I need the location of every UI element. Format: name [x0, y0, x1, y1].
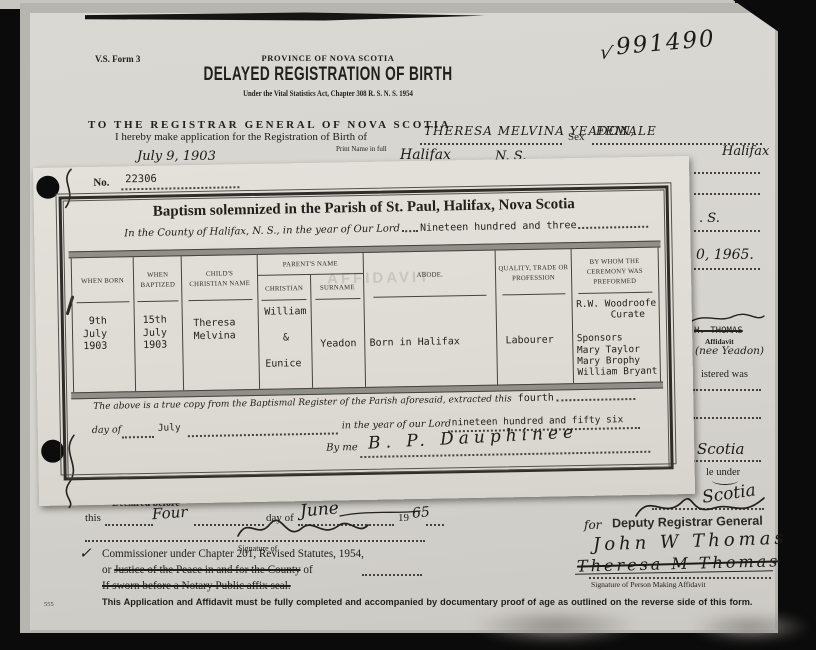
county-year-typed: Nineteen hundred and three: [420, 220, 577, 234]
dotted-line: [420, 143, 562, 145]
dotted-line: [188, 432, 338, 437]
this-label: this: [85, 512, 101, 524]
col-header: ABODE.: [364, 251, 496, 301]
notary-line-struck: If sworn before a Notary Public affix se…: [102, 580, 291, 592]
table-col-by-whom: BY WHOM THE CEREMONY WAS PREFORMED R.W. …: [571, 248, 660, 384]
dotted-line: [360, 451, 650, 458]
nee-yeadon-handwritten: (nee Yeadon): [695, 345, 764, 357]
cell-abode: Born in Halifax: [365, 299, 498, 387]
affidavit-signature-label: Signature of Person Making Affidavit: [591, 580, 706, 589]
print-name-note: Print Name in full: [336, 145, 387, 153]
month-typed: July: [158, 422, 181, 433]
year-19-label: 19: [398, 512, 409, 524]
addressee-line: TO THE REGISTRAR GENERAL OF NOVA SCOTIA: [88, 119, 451, 131]
certificate-heading: Baptism solemnized in the Parish of St. …: [64, 194, 664, 222]
cell-surname: Yeadon: [311, 302, 365, 388]
birthdate-handwritten-fragment: July 9, 1903: [137, 149, 216, 164]
footer-instruction: This Application and Affidavit must be f…: [102, 597, 772, 607]
col-header: QUALITY, TRADE OR PROFESSION: [496, 249, 571, 298]
dotted-line: [694, 230, 760, 232]
checkmark-icon: ✓: [79, 544, 92, 562]
dotted-line: [85, 540, 425, 542]
scanned-document: V.S. Form 3 PROVINCE OF NOVA SCOTIA DELA…: [0, 0, 816, 650]
county-line: In the County of Halifax, N. S., in the …: [124, 219, 650, 240]
scotia-handwritten-fragment: Scotia: [697, 440, 744, 458]
date-1965-handwritten-fragment: 0, 1965.: [696, 247, 754, 263]
commissioner-line: Commissioner under Chapter 201, Revised …: [102, 548, 364, 560]
col-header: SURNAME: [311, 274, 364, 303]
justice-suffix: of: [301, 564, 313, 576]
col-header: BY WHOM THE CEREMONY WAS PREFORMED: [571, 248, 658, 298]
table-subcol-christian: CHRISTIAN William & Eunice: [258, 275, 312, 389]
col-header: WHEN BORN: [72, 257, 134, 306]
dotted-line: [693, 417, 761, 419]
dotted-line: [694, 172, 760, 174]
scan-shadow-blob: [690, 612, 810, 642]
dotted-line: [589, 577, 771, 579]
extract-day-typed: fourth: [518, 392, 554, 404]
cell-when-baptized: 15th July 1903: [134, 304, 183, 391]
table-col-abode: ABODE. Born in Halifax: [364, 251, 499, 387]
dotted-line: [694, 268, 760, 270]
signature-scrawl: [688, 310, 766, 326]
justice-prefix: or: [102, 564, 114, 576]
col-header: CHRISTIAN: [258, 275, 311, 304]
scan-shadow-blob: [470, 608, 640, 644]
table-col-childs-name: CHILD'S CHRISTIAN NAME Theresa Melvina: [182, 255, 260, 390]
for-handwritten: for: [584, 518, 601, 532]
registered-was-fragment: istered was: [701, 369, 748, 380]
table-subcol-surname: SURNAME Yeadon: [310, 274, 365, 388]
form-title: DELAYED REGISTRATION OF BIRTH: [155, 64, 501, 86]
page-number: 555: [44, 601, 54, 608]
day-of-label: day of: [92, 424, 122, 436]
justice-line: or Justice of the Peace in and for the C…: [102, 564, 313, 576]
dotted-line: [426, 524, 444, 526]
dotted-line: [694, 193, 760, 195]
baptism-register-table: WHEN BORN 9th July 1903 WHEN BAPTIZED 15…: [71, 248, 661, 393]
cell-quality: Labourer: [497, 297, 573, 384]
sex-label: Sex: [568, 131, 585, 143]
dotted-line: [105, 524, 153, 526]
ns-handwritten-fragment: . S.: [699, 211, 720, 226]
province-heading: PROVINCE OF NOVA SCOTIA: [88, 53, 568, 63]
table-col-parents-name: PARENT'S NAME CHRISTIAN William & Eunice…: [257, 253, 366, 389]
certificate-no-label: No.: [93, 177, 109, 189]
sex-value-handwritten: Female: [596, 124, 657, 138]
dotted-line: [556, 398, 635, 401]
application-prefix: I hereby make application for the Regist…: [115, 131, 367, 143]
cell-by-whom: R.W. Woodroofe Curate Sponsors Mary Tayl…: [572, 296, 660, 384]
col-header: CHILD'S CHRISTIAN NAME: [182, 255, 257, 304]
act-subtitle: Under the Vital Statistics Act, Chapter …: [136, 88, 520, 98]
halifax-handwritten-fragment: Halifax: [722, 144, 769, 159]
by-me-label: By me: [326, 442, 358, 454]
dotted-line: [693, 460, 761, 462]
cell-when-born: 9th July 1903: [73, 305, 135, 392]
justice-struck-text: Justice of the Peace in and for the Coun…: [114, 564, 300, 576]
col-header-parents: PARENT'S NAME: [257, 253, 363, 276]
cell-christian: William & Eunice: [258, 303, 312, 389]
certificate-number: 22306: [125, 173, 157, 186]
dotted-line: [579, 226, 649, 229]
county-prefix: In the County of Halifax, N. S., in the …: [124, 223, 400, 239]
dotted-line: [693, 389, 761, 391]
deputy-registrar-stamp: Deputy Registrar General: [612, 514, 763, 531]
dotted-line: [362, 574, 422, 576]
dotted-line: [402, 230, 418, 232]
dotted-line: [122, 436, 154, 439]
year-handwritten: 65: [411, 504, 430, 522]
cell-childs-name: Theresa Melvina: [183, 303, 259, 390]
day-number-handwritten: Four: [151, 503, 188, 523]
thomas-typed-fragment: H. THOMAS: [694, 326, 743, 336]
table-col-when-born: WHEN BORN 9th July 1903: [72, 257, 136, 392]
table-col-quality: QUALITY, TRADE OR PROFESSION Labourer: [496, 249, 574, 384]
table-col-when-baptized: WHEN BAPTIZED 15th July 1903: [134, 256, 185, 391]
baptism-certificate: No. 22306 AFFIDAVIT Baptism solemnized i…: [33, 156, 695, 506]
col-header: WHEN BAPTIZED: [134, 256, 182, 305]
certificate-border-frame: Baptism solemnized in the Parish of St. …: [55, 182, 676, 475]
